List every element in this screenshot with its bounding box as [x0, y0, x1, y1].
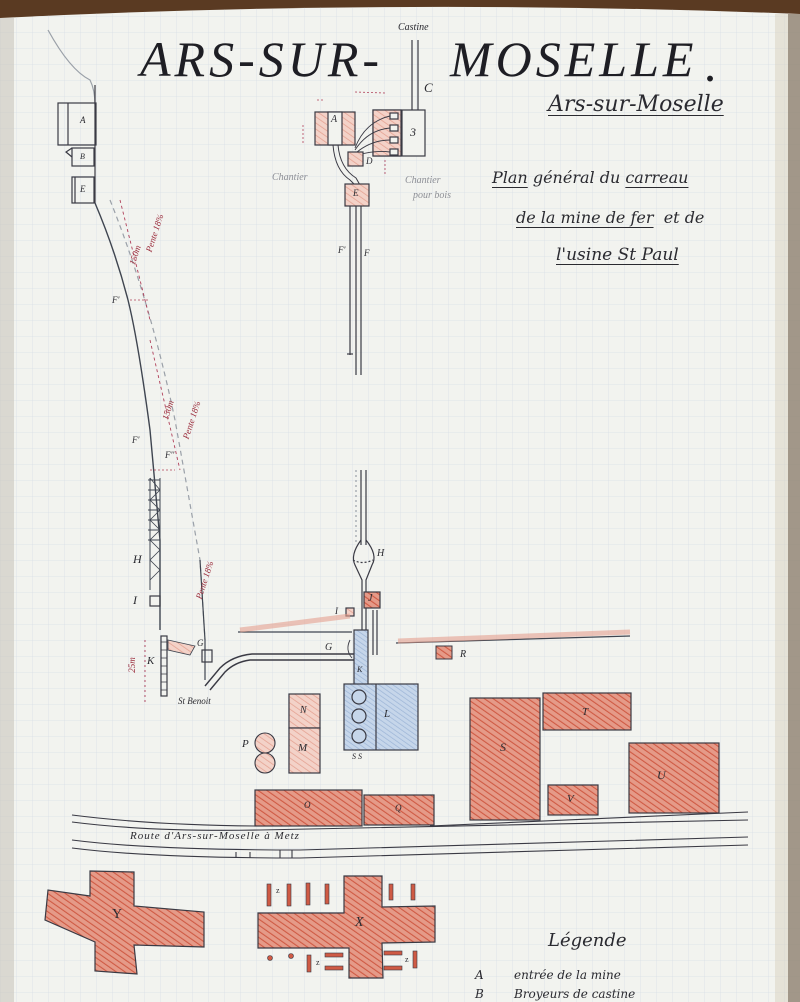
- label-SS: S S: [352, 752, 362, 761]
- label-H-left: H: [133, 552, 142, 567]
- label-R: R: [460, 649, 466, 660]
- title-part2: MOSELLE: [450, 30, 697, 88]
- label-O: O: [304, 800, 311, 810]
- plan-caption-line2: de la mine de fer et de: [516, 208, 704, 227]
- label-dist-25: 25m: [127, 657, 137, 673]
- label-J: J: [368, 593, 372, 604]
- label-F: F: [364, 248, 370, 258]
- label-U: U: [657, 768, 666, 783]
- building-S: [470, 698, 540, 820]
- label-pour-bois: pour bois: [413, 190, 451, 201]
- title-part1: ARS-SUR-: [140, 30, 383, 88]
- label-I: I: [335, 606, 338, 616]
- carreau-word: carreau: [625, 168, 688, 187]
- label-G-left: G: [197, 638, 204, 648]
- label-V: V: [567, 793, 574, 805]
- label-C: C: [424, 80, 433, 96]
- label-F-prime-incline: F': [112, 295, 119, 305]
- label-E-top: E: [353, 188, 359, 198]
- et-de: et de: [664, 208, 705, 227]
- road-label: Route d'Ars-sur-Moselle à Metz: [130, 830, 300, 842]
- label-F-double-prime: F'': [165, 450, 174, 460]
- label-T: T: [582, 706, 588, 718]
- label-st-benoit: St Benoit: [178, 696, 211, 706]
- mine-de-fer: de la mine de fer: [516, 208, 654, 227]
- building-U: [629, 743, 719, 813]
- label-K: K: [357, 665, 362, 674]
- label-F-prime: F': [338, 245, 345, 255]
- label-I-left: I: [133, 593, 137, 608]
- label-K-left: K: [147, 655, 154, 667]
- label-chantier-left: Chantier: [272, 172, 308, 183]
- label-Y: Y: [112, 907, 122, 923]
- plan-caption-line1: Plan général du carreau: [492, 168, 688, 187]
- label-N: N: [300, 705, 307, 716]
- label-chantier-right: Chantier: [405, 175, 441, 186]
- plan-word: Plan: [492, 168, 528, 187]
- title-period: .: [705, 35, 722, 93]
- label-castine: Castine: [398, 22, 429, 33]
- label-H: H: [377, 548, 384, 559]
- label-D: D: [366, 156, 373, 166]
- legend-title: Légende: [548, 930, 627, 951]
- label-X: X: [355, 915, 364, 931]
- building-R: [436, 646, 452, 659]
- subtitle: Ars-sur-Moselle: [548, 92, 724, 117]
- legend-text-A: entrée de la mine: [514, 968, 621, 982]
- label-Z3: z: [405, 955, 409, 964]
- label-F-incline: F': [132, 435, 139, 445]
- label-Q: Q: [395, 803, 402, 813]
- plan-drawing: [0, 0, 800, 1002]
- label-G: G: [325, 642, 332, 653]
- notebook-page: ARS-SUR- MOSELLE . Ars-sur-Moselle Plan …: [0, 0, 800, 1002]
- label-Z2: z: [316, 958, 320, 967]
- legend-text-B: Broyeurs de castine: [514, 987, 635, 1001]
- label-A: A: [331, 114, 337, 125]
- label-P: P: [242, 738, 249, 750]
- label-M: M: [298, 742, 307, 754]
- general-du: général du: [533, 168, 620, 187]
- label-S: S: [500, 740, 506, 755]
- label-3: 3: [410, 125, 416, 140]
- legend-key-A: A: [475, 968, 484, 982]
- label-Z1: z: [276, 886, 280, 895]
- plan-caption-line3: l'usine St Paul: [556, 245, 679, 265]
- label-E-left: E: [80, 184, 86, 194]
- label-A-left: A: [80, 115, 86, 125]
- building-L: [344, 684, 418, 750]
- label-L: L: [384, 708, 390, 720]
- label-B-left: B: [80, 152, 85, 161]
- legend-key-B: B: [475, 987, 484, 1001]
